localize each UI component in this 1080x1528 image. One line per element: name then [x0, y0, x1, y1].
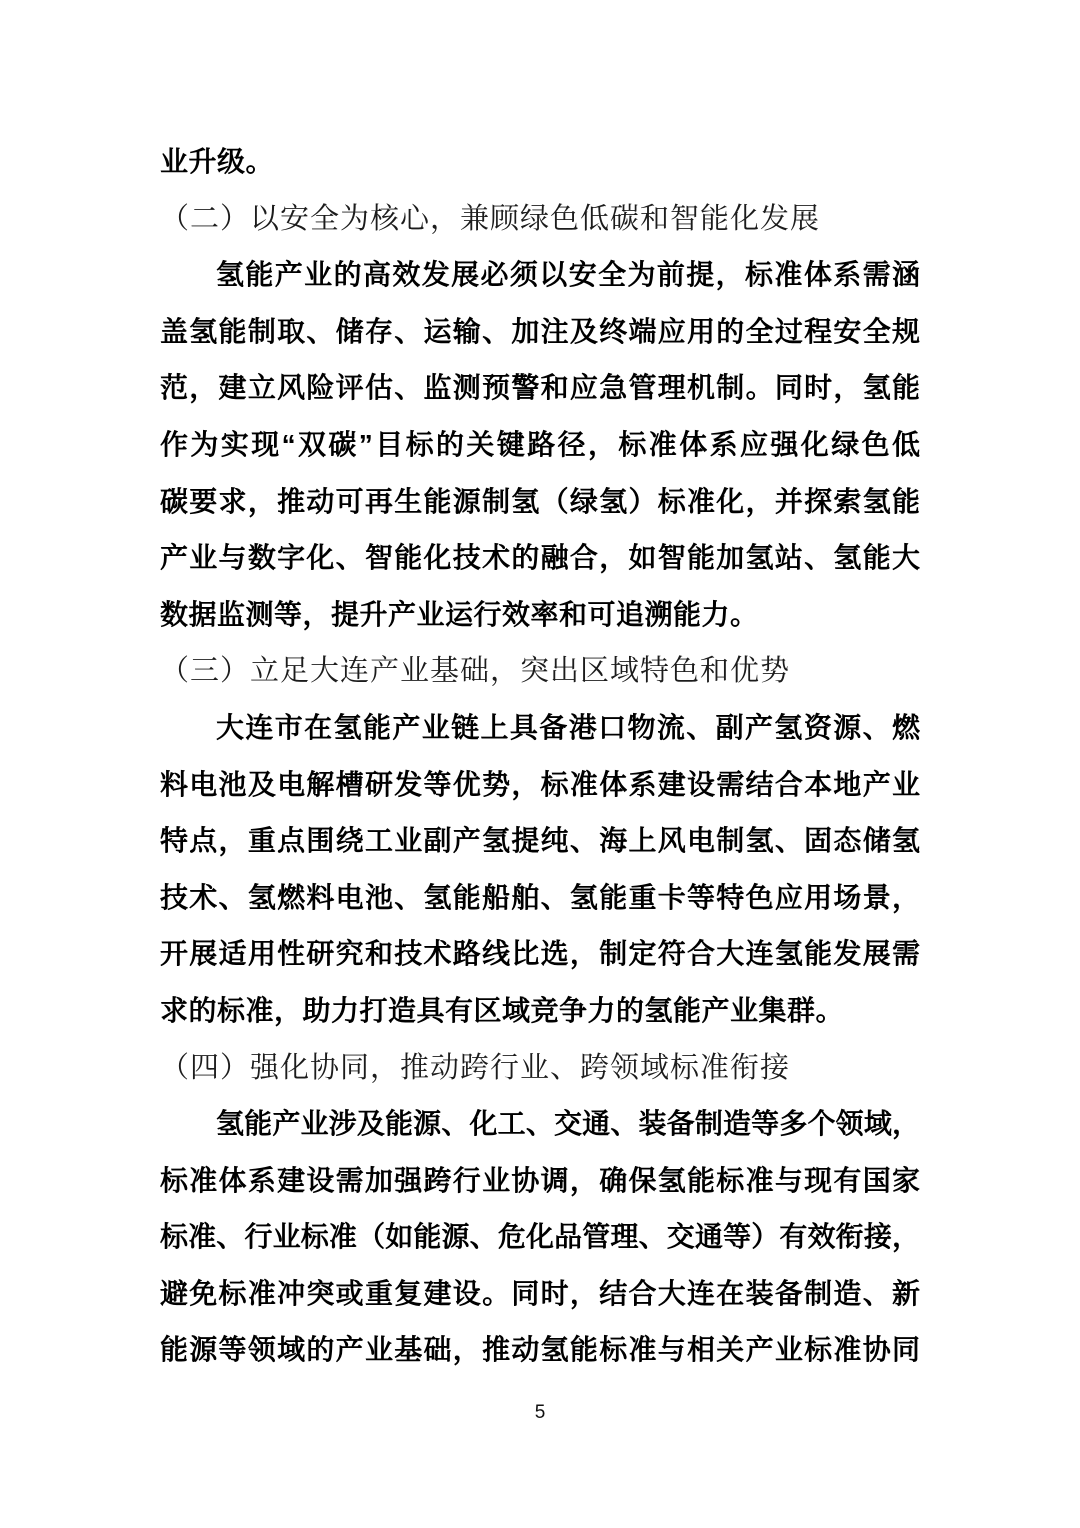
paragraph-line: 数据监测等，提升产业运行效率和可追溯能力。 [160, 587, 920, 644]
section-heading-4: （四）强化协同，推动跨行业、跨领域标准衔接 [160, 1040, 920, 1097]
paragraph-line: 开展适用性研究和技术路线比选，制定符合大连氢能发展需 [160, 926, 920, 983]
paragraph-line: 氢能产业的高效发展必须以安全为前提，标准体系需涵 [160, 247, 920, 304]
paragraph-line: 产业与数字化、智能化技术的融合，如智能加氢站、氢能大 [160, 530, 920, 587]
paragraph-line: 求的标准，助力打造具有区域竞争力的氢能产业集群。 [160, 983, 920, 1040]
paragraph-line: 业升级。 [160, 134, 920, 191]
paragraph-line: 标准、行业标准（如能源、危化品管理、交通等）有效衔接， [160, 1209, 920, 1266]
paragraph-line: 避免标准冲突或重复建设。同时，结合大连在装备制造、新 [160, 1266, 920, 1323]
paragraph-line: 料电池及电解槽研发等优势，标准体系建设需结合本地产业 [160, 757, 920, 814]
paragraph-line: 标准体系建设需加强跨行业协调，确保氢能标准与现有国家 [160, 1153, 920, 1210]
paragraph-line: 特点，重点围绕工业副产氢提纯、海上风电制氢、固态储氢 [160, 813, 920, 870]
document-page: 业升级。 （二）以安全为核心，兼顾绿色低碳和智能化发展 氢能产业的高效发展必须以… [0, 0, 1080, 1528]
section-heading-3: （三）立足大连产业基础，突出区域特色和优势 [160, 643, 920, 700]
paragraph-line: 盖氢能制取、储存、运输、加注及终端应用的全过程安全规 [160, 304, 920, 361]
section-heading-2: （二）以安全为核心，兼顾绿色低碳和智能化发展 [160, 191, 920, 248]
paragraph-line: 作为实现“双碳”目标的关键路径，标准体系应强化绿色低 [160, 417, 920, 474]
paragraph-line: 范，建立风险评估、监测预警和应急管理机制。同时，氢能 [160, 360, 920, 417]
document-body: 业升级。 （二）以安全为核心，兼顾绿色低碳和智能化发展 氢能产业的高效发展必须以… [160, 134, 920, 1379]
paragraph-line: 碳要求，推动可再生能源制氢（绿氢）标准化，并探索氢能 [160, 474, 920, 531]
paragraph-line: 大连市在氢能产业链上具备港口物流、副产氢资源、燃 [160, 700, 920, 757]
paragraph-line: 能源等领域的产业基础，推动氢能标准与相关产业标准协同 [160, 1322, 920, 1379]
paragraph-line: 技术、氢燃料电池、氢能船舶、氢能重卡等特色应用场景， [160, 870, 920, 927]
page-number: 5 [0, 1402, 1080, 1424]
paragraph-line: 氢能产业涉及能源、化工、交通、装备制造等多个领域， [160, 1096, 920, 1153]
